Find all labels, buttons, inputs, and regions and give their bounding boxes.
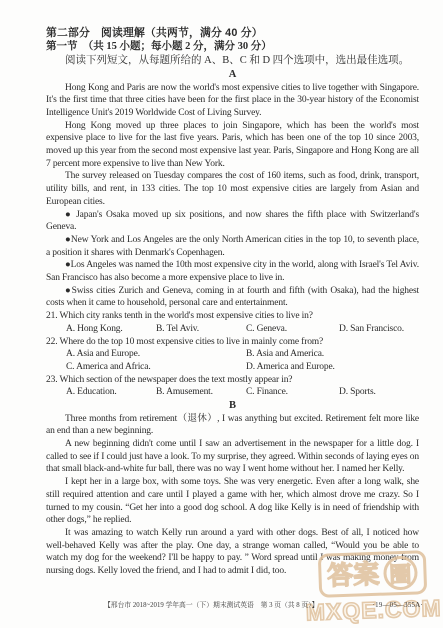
question-22: 22. Where do the top 10 most expensive c… — [46, 336, 419, 374]
passage-a-bullet: ●Swiss cities Zurich and Geneva, coming … — [46, 285, 419, 310]
option-c: C. Geneva. — [246, 323, 339, 336]
question-23: 23. Which section of the newspaper does … — [46, 374, 419, 399]
question-options: C. America and Africa. D. America and Eu… — [46, 361, 419, 374]
passage-b-paragraph: It was amazing to watch Kelly run around… — [46, 527, 419, 578]
footer-paper-code: ·19—05—355A· — [373, 600, 423, 612]
option-a: A. Hong Kong. — [66, 323, 156, 336]
option-b: B. Asia and America. — [246, 348, 426, 361]
passage-b-label: B — [46, 399, 419, 413]
part-heading: 第二部分 阅读理解（共两节，满分 40 分） — [46, 26, 419, 40]
option-b: B. Amusement. — [156, 386, 246, 399]
passage-a-bullet: ● Japan's Osaka moved up six positions, … — [46, 209, 419, 234]
footer-exam-info: 【邢台市 2018~2019 学年高一（下）期末测试英语 第 3 页（共 8 页… — [104, 600, 318, 612]
question-options: A. Asia and Europe. B. Asia and America. — [46, 348, 419, 361]
question-number: 23. — [46, 375, 57, 385]
exam-page: 第二部分 阅读理解（共两节，满分 40 分） 第一节 （共 15 小题；每小题 … — [0, 0, 443, 628]
passage-b-paragraph: A new beginning didn't come until I saw … — [46, 438, 419, 476]
passage-a-label: A — [46, 68, 419, 82]
passage-a-paragraph: The survey released on Tuesday compares … — [46, 170, 419, 208]
option-a: A. Education. — [66, 386, 156, 399]
passage-a-bullet: ●Los Angeles was named the 10th most exp… — [46, 259, 419, 284]
passage-a-bullet: ●New York and Los Angeles are the only N… — [46, 234, 419, 259]
question-options: A. Education. B. Amusement. C. Finance. … — [46, 386, 419, 399]
option-a: A. Asia and Europe. — [66, 348, 246, 361]
question-text: 23. Which section of the newspaper does … — [46, 374, 419, 387]
option-d: D. San Francisco. — [339, 323, 404, 336]
option-c: C. Finance. — [246, 386, 339, 399]
question-text: 21. Which city ranks tenth in the world'… — [46, 310, 419, 323]
question-text: 22. Where do the top 10 most expensive c… — [46, 336, 419, 349]
passage-a-paragraph: Hong Kong moved up three places to join … — [46, 120, 419, 171]
option-d: D. America and Europe. — [246, 361, 426, 374]
option-c: C. America and Africa. — [66, 361, 246, 374]
question-options: A. Hong Kong. B. Tel Aviv. C. Geneva. D.… — [46, 323, 419, 336]
question-number: 22. — [46, 337, 57, 347]
option-d: D. Sports. — [339, 386, 376, 399]
question-number: 21. — [46, 311, 57, 321]
instructions: 阅读下列短文，从每题所给的 A、B、C 和 D 四个选项中，选出最佳选项。 — [46, 54, 419, 68]
passage-a-paragraph: Hong Kong and Paris are now the world's … — [46, 82, 419, 120]
page-footer: 【邢台市 2018~2019 学年高一（下）期末测试英语 第 3 页（共 8 页… — [0, 600, 443, 612]
passage-b-paragraph: Three months from retirement（退休）, I was … — [46, 413, 419, 438]
section-heading: 第一节 （共 15 小题；每小题 2 分，满分 30 分） — [46, 40, 419, 54]
passage-b-paragraph: I kept her in a large box, with some toy… — [46, 476, 419, 527]
question-21: 21. Which city ranks tenth in the world'… — [46, 310, 419, 335]
option-b: B. Tel Aviv. — [156, 323, 246, 336]
